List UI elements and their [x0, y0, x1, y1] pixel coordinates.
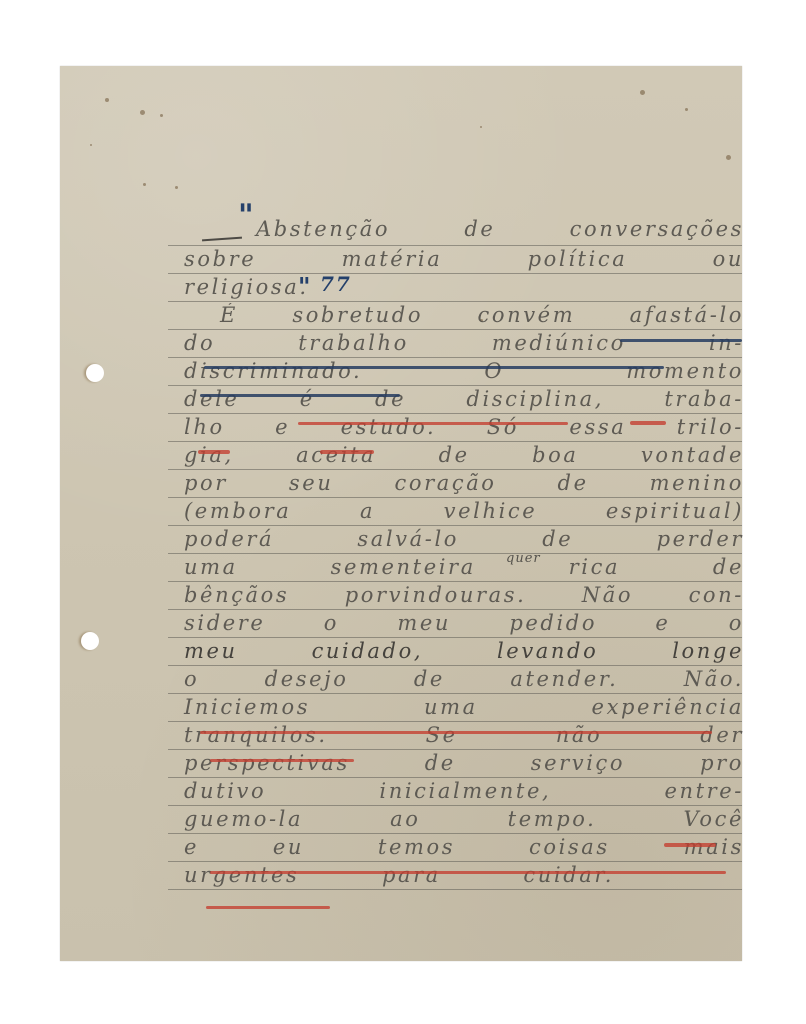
letter-line-20: perspectivas de serviço pro — [184, 749, 744, 777]
blue-underline-trabalho-mediunico — [204, 366, 664, 369]
letter-line-9: gia, aceita de boa vontade — [184, 441, 744, 469]
letter-line-7: dele é de disciplina, traba- — [184, 385, 744, 413]
blue-underline-afasta-lo — [620, 339, 742, 342]
letter-line-10: por seu coração de menino — [184, 469, 744, 497]
blue-underline-discriminado — [200, 394, 400, 397]
letter-line-19: tranquilos. Se não der — [184, 721, 744, 749]
paper-speck — [480, 126, 482, 128]
hole-punch-top — [86, 364, 104, 382]
letter-line-22: guemo-la ao tempo. Você — [184, 805, 744, 833]
letter-line-11: (embora a velhice espiritual) — [184, 497, 744, 525]
letter-line-14: bênçãos porvindouras. Não con- — [184, 581, 744, 609]
paper-speck — [90, 144, 92, 146]
hole-punch-bottom — [81, 632, 99, 650]
opening-dash — [202, 237, 242, 242]
letter-line-1: Abstenção de conversações — [256, 215, 744, 243]
letter-line-23: e eu temos coisas mais — [184, 833, 744, 861]
letter-line-15: sidere o meu pedido e o — [184, 609, 744, 637]
paper-speck — [640, 90, 645, 95]
paper-speck — [726, 155, 731, 160]
red-underline-disciplina — [298, 422, 568, 425]
paper-speck — [140, 110, 145, 115]
red-underline-urgentes — [206, 906, 330, 909]
letter-page: " Abstenção de conversações sobre matéri… — [60, 66, 742, 961]
letter-line-16: meu cuidado, levando longe — [184, 637, 744, 665]
opening-quote-mark: " — [238, 198, 256, 233]
letter-line-2: sobre matéria política ou — [184, 245, 744, 273]
red-underline-iniciemos-experiencia — [200, 731, 712, 734]
letter-line-6: discriminado. O momento — [184, 357, 744, 385]
red-underline-tranquilos — [210, 759, 354, 762]
closing-quote-mark: " — [298, 272, 313, 301]
letter-line-5: do trabalho mediúnico in- — [184, 329, 744, 357]
letter-line-8: lho e estudo. Só essa trilo- — [184, 413, 744, 441]
letter-line-13: uma sementeira rica de — [184, 553, 744, 581]
letter-line-4: É sobretudo convém afastá-lo — [220, 301, 744, 329]
paper-speck — [685, 108, 688, 111]
letter-line-18: Iniciemos uma experiência — [184, 693, 744, 721]
letter-line-12: poderá salvá-lo de perder — [184, 525, 744, 553]
paper-speck — [175, 186, 178, 189]
paper-speck — [105, 98, 109, 102]
closing-annotation: 77 — [320, 272, 352, 296]
red-underline-traba — [630, 421, 666, 425]
letter-line-3: religiosa. — [184, 273, 309, 301]
letter-line-17: o desejo de atender. Não. — [184, 665, 744, 693]
red-underline-estudo — [320, 450, 374, 454]
letter-line-24: urgentes para cuidar. — [184, 861, 614, 889]
letter-line-21: dutivo inicialmente, entre- — [184, 777, 744, 805]
ruled-line — [168, 889, 742, 890]
paper-speck — [160, 114, 163, 117]
red-underline-voce — [664, 843, 716, 847]
paper-speck — [143, 183, 146, 186]
red-underline-lho — [198, 450, 230, 454]
red-underline-temos-coisas-mais — [210, 871, 726, 874]
